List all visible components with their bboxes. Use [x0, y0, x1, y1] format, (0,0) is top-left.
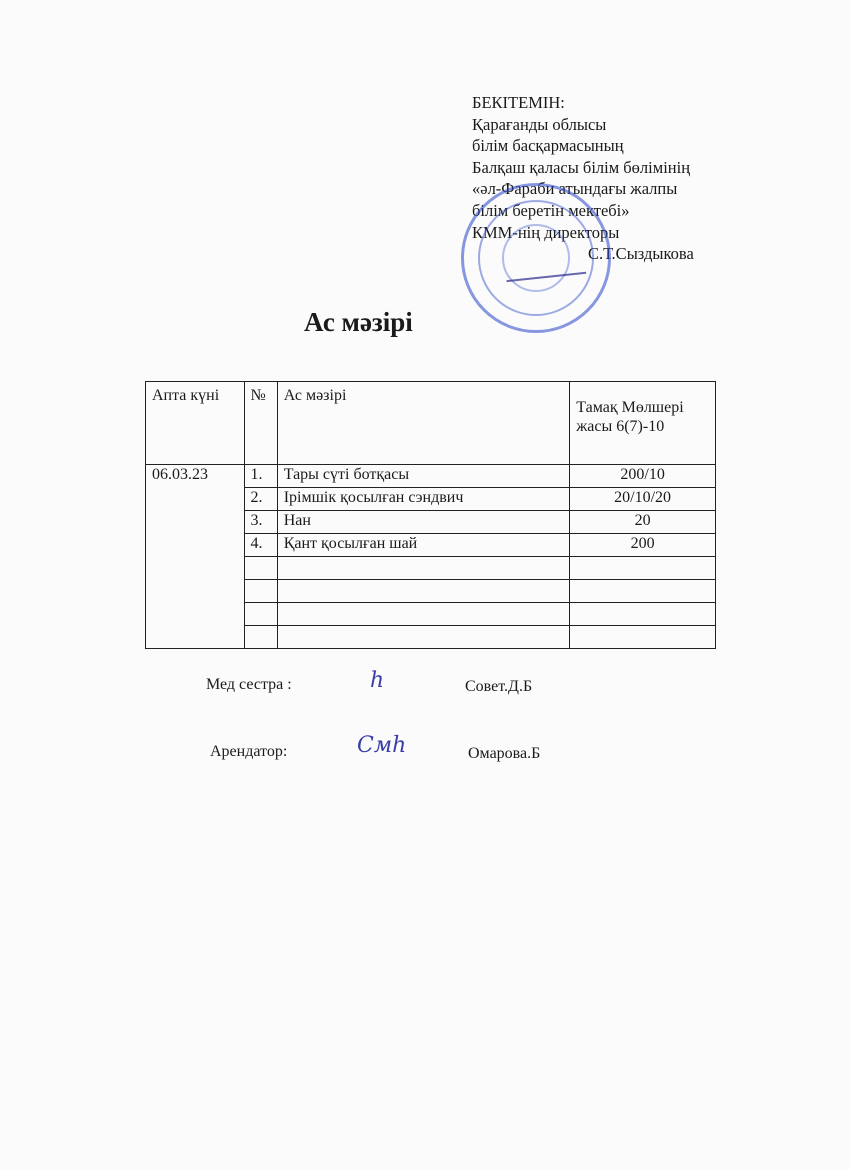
header-number: № — [244, 382, 277, 465]
row-dish: Қант қосылған шай — [277, 534, 570, 557]
header-quantity: Тамақ Мөлшері жасы 6(7)-10 — [570, 382, 716, 465]
row-number — [244, 557, 277, 580]
approval-line: Балқаш қаласы білім бөлімінің — [472, 157, 694, 179]
table-row: 06.03.23 1. Тары сүті ботқасы 200/10 — [146, 465, 716, 488]
header-quantity-text: Тамақ Мөлшері жасы 6(7)-10 — [576, 399, 683, 435]
tenant-name: Омарова.Б — [468, 745, 540, 763]
row-number: 2. — [244, 488, 277, 511]
tenant-label: Арендатор: — [210, 743, 287, 761]
row-number: 4. — [244, 534, 277, 557]
table-header-row: Апта күні № Ас мәзірі Тамақ Мөлшері жасы… — [146, 382, 716, 465]
row-dish: Ірімшік қосылған сэндвич — [277, 488, 570, 511]
menu-table: Апта күні № Ас мәзірі Тамақ Мөлшері жасы… — [145, 381, 716, 649]
tenant-signature-icon: Cмh — [357, 733, 406, 758]
nurse-signature-icon: ℎ — [370, 668, 384, 693]
row-number — [244, 626, 277, 649]
row-dish: Нан — [277, 511, 570, 534]
row-number: 1. — [244, 465, 277, 488]
row-quantity — [570, 626, 716, 649]
row-number — [244, 603, 277, 626]
nurse-name: Совет.Д.Б — [465, 678, 532, 696]
approval-line: білім басқармасының — [472, 135, 694, 157]
row-dish — [277, 603, 570, 626]
row-number: 3. — [244, 511, 277, 534]
row-number — [244, 580, 277, 603]
approval-heading: БЕКІТЕМІН: — [472, 92, 694, 114]
page-title: Ас мәзірі — [304, 307, 413, 338]
row-quantity: 20 — [570, 511, 716, 534]
row-quantity — [570, 580, 716, 603]
row-quantity: 200/10 — [570, 465, 716, 488]
row-dish: Тары сүті ботқасы — [277, 465, 570, 488]
date-cell: 06.03.23 — [146, 465, 245, 649]
approval-line: Қарағанды облысы — [472, 114, 694, 136]
row-quantity: 20/10/20 — [570, 488, 716, 511]
row-dish — [277, 557, 570, 580]
row-dish — [277, 580, 570, 603]
header-dish: Ас мәзірі — [277, 382, 570, 465]
row-quantity — [570, 557, 716, 580]
row-quantity: 200 — [570, 534, 716, 557]
header-day: Апта күні — [146, 382, 245, 465]
row-quantity — [570, 603, 716, 626]
row-dish — [277, 626, 570, 649]
nurse-label: Мед сестра : — [206, 676, 292, 694]
